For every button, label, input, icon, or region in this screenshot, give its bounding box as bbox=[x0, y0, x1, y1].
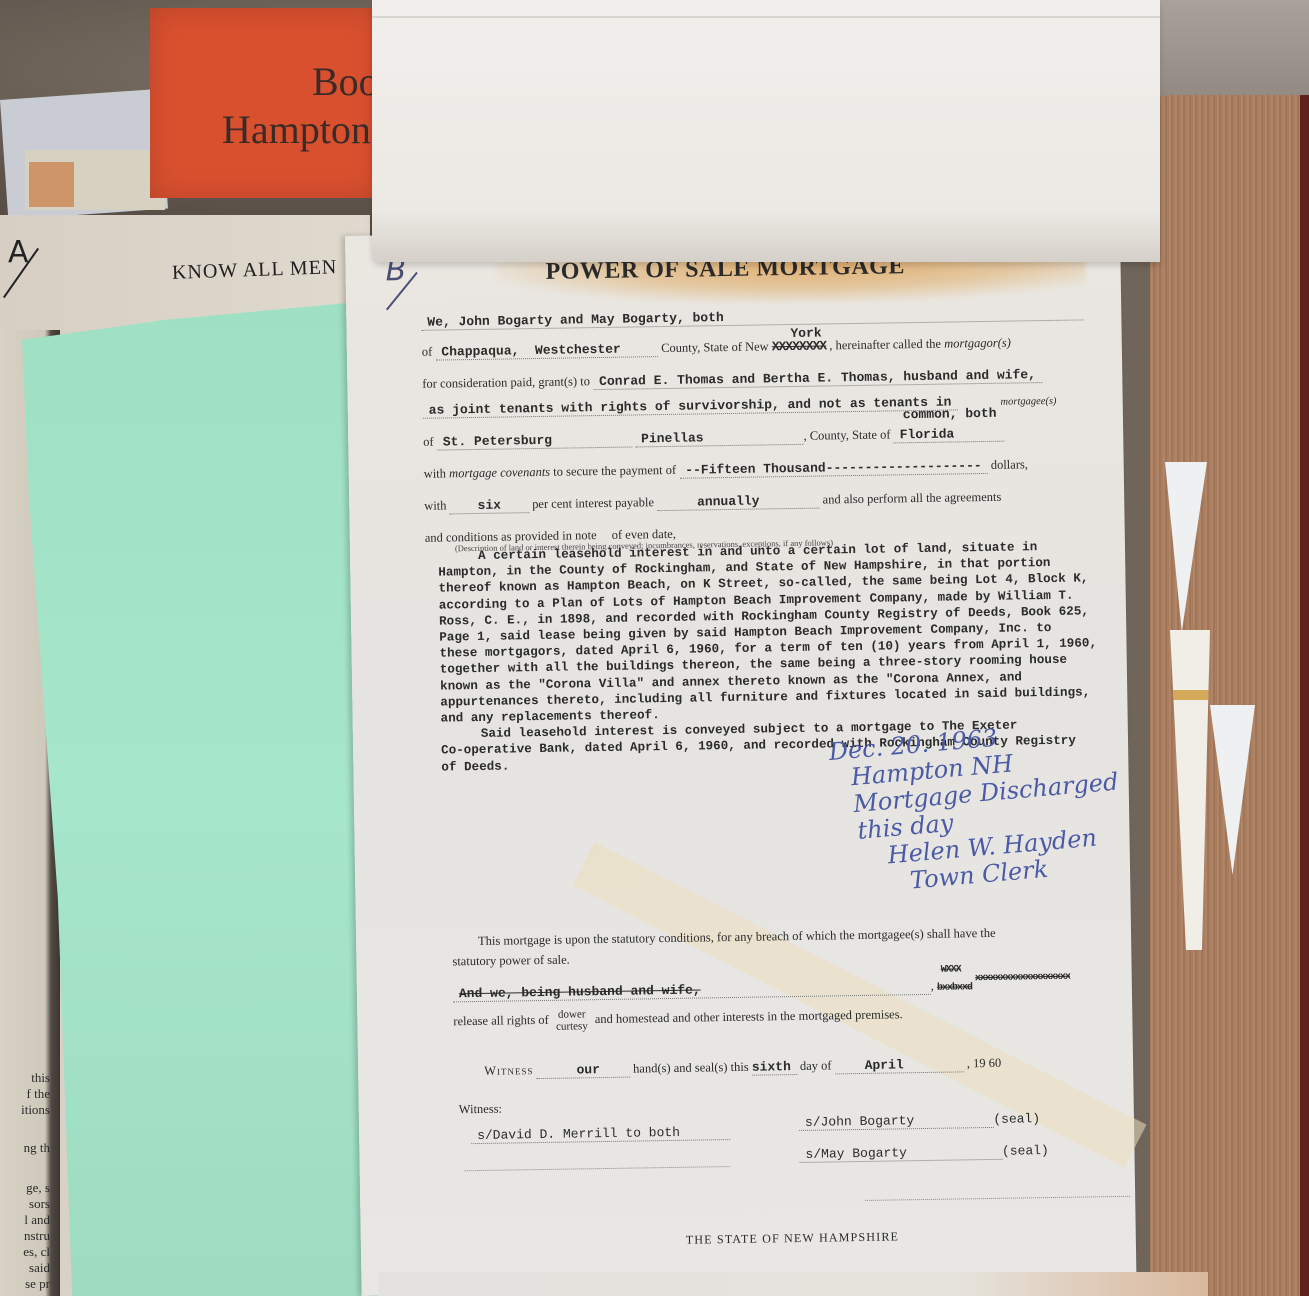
witness-signature: s/David D. Merrill to both bbox=[471, 1124, 730, 1144]
payment-frequency: annually bbox=[657, 493, 820, 512]
page-fragment: nstru bbox=[0, 1228, 50, 1244]
folded-bottom-flap bbox=[378, 1272, 1208, 1296]
witness-month: April bbox=[835, 1056, 964, 1074]
booklet-title-line-1: Boo bbox=[312, 58, 379, 105]
release-options: dower curtesy bbox=[556, 1008, 588, 1032]
mortgagor-residence-line: of Chappaqua, Westchester County, State … bbox=[422, 336, 1011, 361]
signature-line bbox=[465, 1166, 730, 1171]
witness-heading: Witness: bbox=[459, 1102, 502, 1118]
page-fragment: ng th bbox=[0, 1140, 50, 1156]
mortgagee-town: St. Petersburg bbox=[437, 432, 632, 451]
payment-line: with mortgage covenants to secure the pa… bbox=[424, 457, 1028, 482]
discharge-annotation: Dec. 20. 1963 Hampton NH Mortgage Discha… bbox=[828, 714, 1141, 901]
mortgage-document: B (STATUTORY FORM OF) POWER OF SALE MORT… bbox=[345, 224, 1137, 1296]
page-fragment: es, cl bbox=[0, 1244, 50, 1260]
page-fragment: said bbox=[0, 1260, 50, 1276]
state-heading: THE STATE OF NEW HAMPSHIRE bbox=[686, 1229, 900, 1247]
witness-year: , 19 60 bbox=[967, 1056, 1002, 1071]
tenancy-clause: as joint tenants with rights of survivor… bbox=[423, 394, 958, 418]
page-fragment: this bbox=[0, 1070, 50, 1086]
witness-whose: our bbox=[536, 1062, 630, 1079]
interest-rate: six bbox=[449, 497, 529, 514]
signature-line bbox=[865, 1196, 1130, 1201]
mortgagor-town: Chappaqua, Westchester bbox=[435, 341, 658, 360]
mortgagee-residence-line: of St. Petersburg Pinellas, County, Stat… bbox=[423, 426, 1004, 451]
mortgagee-county: Pinellas bbox=[635, 429, 804, 448]
signature-row: s/John Bogarty (seal) bbox=[799, 1111, 1040, 1131]
tenancy-insert: common, both bbox=[903, 406, 997, 422]
green-paper-sheet bbox=[22, 300, 380, 1296]
tenancy-line: as joint tenants with rights of survivor… bbox=[423, 393, 1057, 419]
background-paper-stained bbox=[25, 150, 165, 210]
mortgagee-names: Conrad E. Thomas and Bertha E. Thomas, h… bbox=[593, 367, 1042, 390]
witness-line: Witness our hand(s) and seal(s) this six… bbox=[484, 1056, 1001, 1080]
left-document-heading: KNOW ALL MEN bbox=[172, 256, 338, 285]
mortgagor-line: We, John Bogarty and May Bogarty, both bbox=[421, 304, 1084, 330]
seal-label: (seal) bbox=[993, 1111, 1040, 1127]
page-fragment: l and bbox=[0, 1212, 50, 1228]
seal-label: (seal) bbox=[1002, 1143, 1049, 1159]
grantee-line: for consideration paid, grant(s) to Conr… bbox=[422, 367, 1042, 393]
folded-top-flap bbox=[372, 0, 1160, 262]
signature-row: s/May Bogarty (seal) bbox=[799, 1143, 1049, 1163]
background-surface-right bbox=[1150, 0, 1309, 110]
page-fragment: ge, s bbox=[0, 1180, 50, 1196]
statutory-conditions: statutory power of sale. bbox=[452, 953, 570, 970]
label: of bbox=[422, 345, 433, 359]
interest-line: with six per cent interest payable annua… bbox=[424, 490, 1001, 515]
page-fragment: sors bbox=[0, 1196, 50, 1212]
mortgagee-state: Florida bbox=[894, 426, 1005, 444]
inserted-state: York bbox=[790, 326, 821, 341]
label: County, State of New bbox=[661, 339, 769, 355]
mortgagor-names: We, John Bogarty and May Bogarty, both bbox=[421, 304, 1084, 330]
mortgagee-term: mortgagee(s) bbox=[1000, 396, 1056, 408]
orange-booklet: Boo Hampton bbox=[150, 8, 380, 198]
page-fragment: se pr bbox=[0, 1276, 50, 1292]
record-book-pages bbox=[1150, 95, 1300, 1296]
mortgagor-term: mortgagor(s) bbox=[944, 336, 1011, 351]
release-line: release all rights of dower curtesy and … bbox=[453, 1003, 903, 1034]
loan-amount: --Fifteen Thousand-------------------- bbox=[679, 458, 988, 479]
witness-day: sixth bbox=[752, 1059, 797, 1076]
booklet-title-line-2: Hampton bbox=[222, 106, 371, 153]
page-fragment: itions bbox=[0, 1102, 50, 1118]
page-fragment: f the bbox=[0, 1086, 50, 1102]
signatory-name: s/John Bogarty bbox=[799, 1112, 994, 1131]
signatory-name: s/May Bogarty bbox=[799, 1144, 1003, 1163]
